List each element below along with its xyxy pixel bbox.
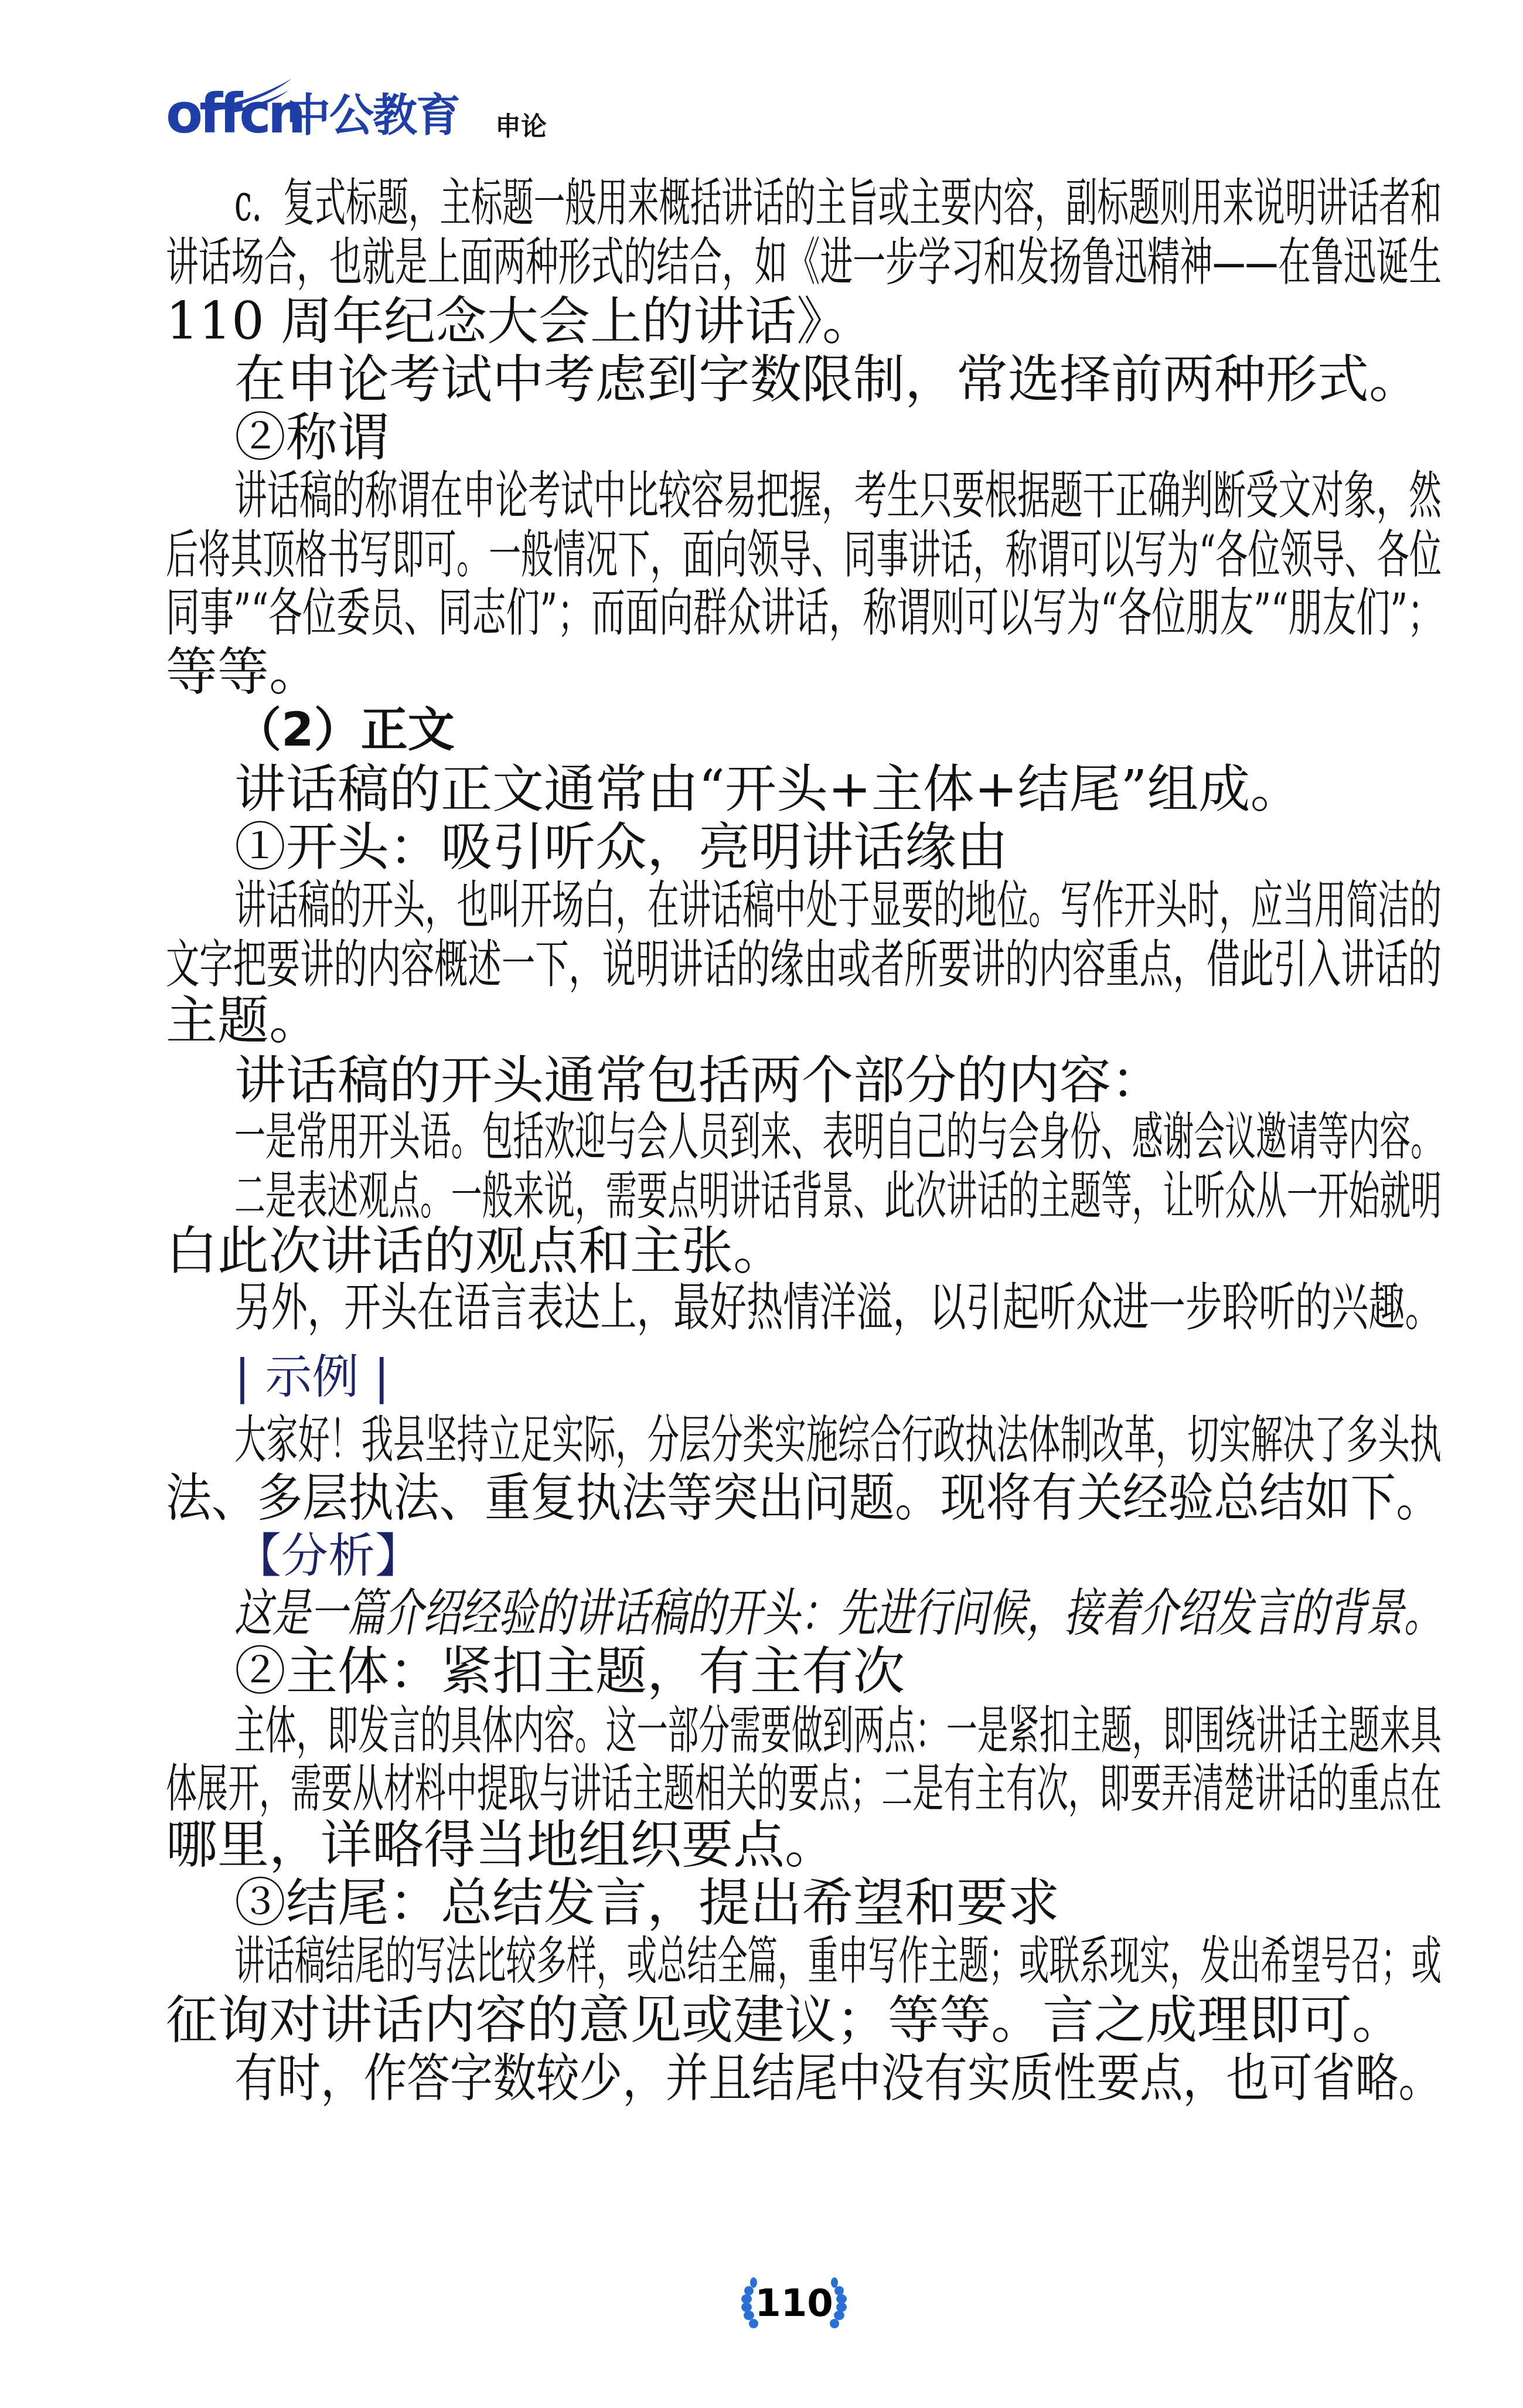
paragraph-line: 110 周年纪念大会上的讲话》。 (166, 292, 1442, 351)
page-header: offcn 中公教育 申论 (166, 82, 576, 147)
paragraph-line: 一是常用开头语。包括欢迎与会人员到来、表明自己的与会身份、感谢会议邀请等内容。 (234, 1107, 959, 1166)
paragraph-line: 征询对讲话内容的意见或建议；等等。言之成理即可。 (166, 1991, 1442, 2049)
paragraph-line: 同事”“各位委员、同志们”；而面向群众讲话，称谓则可以写为“各位朋友”“朋友们”… (166, 583, 1006, 642)
paragraph-line: 有时，作答字数较少，并且结尾中没有实质性要点，也可省略。 (234, 2049, 1243, 2107)
section-heading: （2）正文 (234, 700, 1442, 759)
paragraph-line: 讲话稿的开头通常包括两个部分的内容： (234, 1051, 1442, 1110)
example-line: 大家好！我县坚持立足实际，分层分类实施综合行政执法体制改革，切实解决了多头执 (234, 1410, 978, 1469)
paragraph-line: c．复式标题，主标题一般用来概括讲话的主旨或主要内容，副标题则用来说明讲话者和 (234, 174, 967, 232)
paragraph-line: 等等。 (166, 642, 1442, 701)
laurel-right-icon (826, 2277, 850, 2329)
paragraph-line: 讲话场合，也就是上面两种形式的结合，如《进一步学习和发扬鲁迅精神——在鲁迅诞生 (166, 233, 975, 291)
paragraph-line: 讲话稿的正文通常由“开头+主体+结尾”组成。 (234, 760, 1442, 818)
paragraph-line: 在申论考试中考虑到字数限制，常选择前两种形式。 (234, 350, 1442, 409)
paragraph-line: 体展开，需要从材料中提取与讲话主题相关的要点；二是有主有次，即要弄清楚讲话的重点… (166, 1759, 936, 1818)
brand-logo-cn: 中公教育 (286, 83, 459, 148)
paragraph-line: 文字把要讲的内容概述一下，说明讲话的缘由或者所要讲的内容重点，借此引入讲话的 (166, 935, 996, 994)
subject-title: 申论 (495, 95, 547, 159)
paragraph-line: 主题。 (166, 991, 1442, 1050)
paragraph-line: 讲话稿的开头，也叫开场白，在讲话稿中处于显要的地位。写作开头时，应当用简洁的 (234, 876, 978, 934)
analysis-label: 【分析】 (234, 1526, 1442, 1585)
paragraph-line: 主体，即发言的具体内容。这一部分需要做到两点：一是紧扣主题，即围绕讲话主题来具 (234, 1701, 959, 1760)
section-subheading: ②主体：紧扣主题，有主有次 (234, 1642, 1442, 1700)
analysis-line: 这是一篇介绍经验的讲话稿的开头：先进行问候，接着介绍发言的背景。 (234, 1584, 1117, 1642)
paragraph-line: 二是表述观点。一般来说，需要点明讲话背景、此次讲话的主题等，让听众从一开始就明 (234, 1166, 959, 1225)
paragraph-line: 哪里，详略得当地组织要点。 (166, 1815, 1442, 1874)
paragraph-line: 后将其顶格书写即可。一般情况下，面向领导、同事讲话，称谓可以写为“各位领导、各位 (166, 525, 965, 584)
section-subheading: ③结尾：总结发言，提出希望和要求 (234, 1873, 1442, 1932)
brand-logo-en: offcn (166, 82, 302, 147)
paragraph-line: 讲话稿的称谓在申论考试中比较容易把握，考生只要根据题干正确判断受文对象，然 (234, 466, 998, 525)
section-subheading: ②称谓 (234, 408, 1442, 467)
example-line: 法、多层执法、重复执法等突出问题。现将有关经验总结如下。 (166, 1468, 1293, 1527)
example-label: | 示例 | (234, 1348, 1442, 1406)
paragraph-line: 讲话稿结尾的写法比较多样，或总结全篇，重申写作主题；或联系现实，发出希望号召；或 (234, 1931, 941, 1990)
paragraph-line: 另外，开头在语言表达上，最好热情洋溢，以引起听众进一步聆听的兴趣。 (234, 1278, 1091, 1336)
section-subheading: ①开头：吸引听众，亮明讲话缘由 (234, 818, 1442, 876)
page-footer: 110 (738, 2274, 850, 2339)
paragraph-line: 白此次讲话的观点和主张。 (166, 1222, 1442, 1280)
